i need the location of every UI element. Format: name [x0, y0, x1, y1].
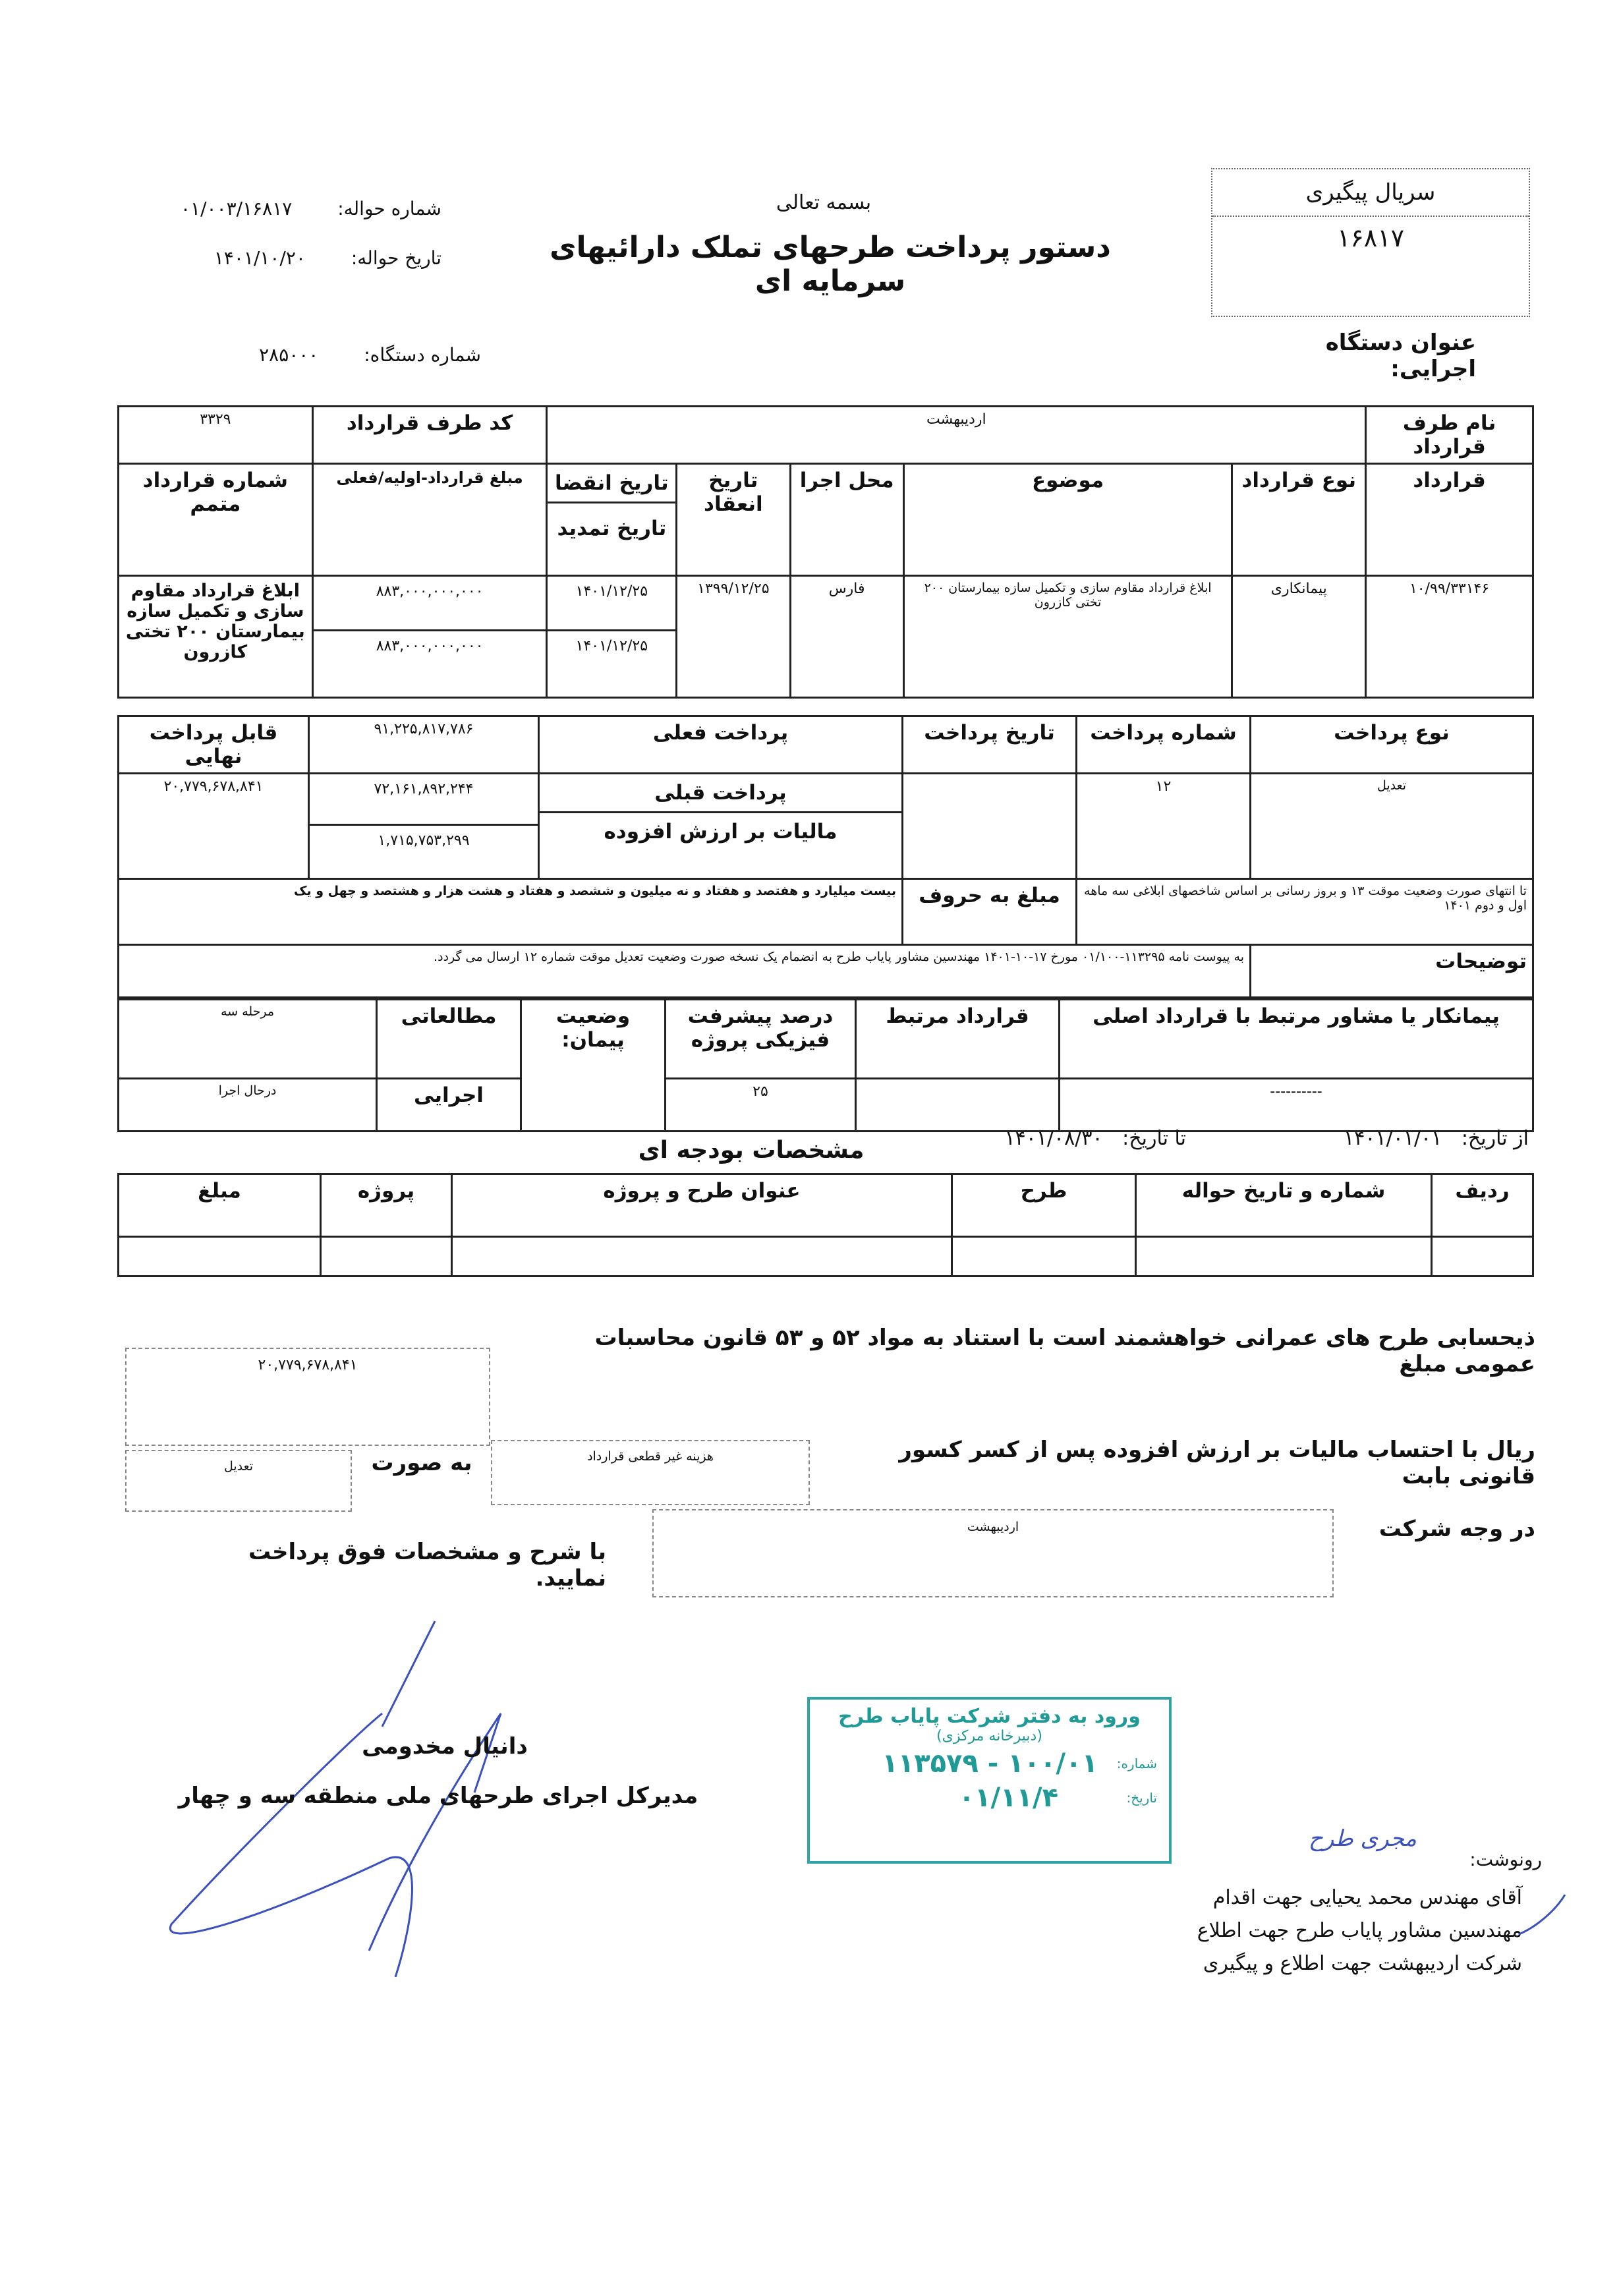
contract-location: فارس — [790, 576, 903, 698]
stamp-date-label: تاریخ: — [1098, 1790, 1157, 1806]
havaleh-date-row: تاریخ حواله: ۱۴۰۱/۱۰/۲۰ — [158, 247, 441, 269]
cc-list: آقای مهندس محمد یحیایی جهت اقدام مهندسین… — [1166, 1881, 1522, 1980]
budget-col-plan: طرح — [952, 1174, 1136, 1237]
contract-subject: ابلاغ قرارداد مقاوم سازی و تکمیل سازه بی… — [903, 576, 1232, 698]
final-payable-label: قابل پرداخت نهایی — [119, 716, 309, 774]
contract-table: نام طرف قرارداد اردیبهشت کد طرف قرارداد … — [117, 405, 1534, 699]
as-label: به صورت — [369, 1450, 474, 1476]
payment-date-value — [903, 774, 1077, 879]
study-value: مرحله سه — [119, 1000, 377, 1079]
to-date-value: ۱۴۰۱/۰۸/۳۰ — [1005, 1127, 1103, 1150]
previous-payment-value: ۷۲,۱۶۱,۸۹۲,۲۴۴ — [310, 774, 538, 826]
amount-current: ۸۸۳,۰۰۰,۰۰۰,۰۰۰ — [314, 631, 546, 661]
col-expiry-date: تاریخ انقضا — [548, 465, 675, 503]
tracking-serial-box: سریال پیگیری ۱۶۸۱۷ — [1211, 168, 1530, 317]
payment-number-label: شماره پرداخت — [1077, 716, 1251, 774]
as-box-value: تعدیل — [127, 1451, 351, 1474]
tracking-serial-value: ۱۶۸۱۷ — [1212, 217, 1529, 252]
signer-name: دانیال مخدومی — [297, 1733, 593, 1760]
budget-col-project: پروژه — [321, 1174, 452, 1237]
notes-label: توضیحات — [1251, 945, 1533, 998]
havaleh-number-value: ۰۱/۰۰۳/۱۶۸۱۷ — [181, 198, 292, 219]
related-contract-value — [856, 1079, 1060, 1132]
signer-title: مدیرکل اجرای طرحهای ملی منطقه سه و چهار — [158, 1783, 718, 1809]
extension-date: ۱۴۰۱/۱۲/۲۵ — [548, 631, 675, 661]
col-location: محل اجرا — [790, 464, 903, 576]
budget-table: ردیف شماره و تاریخ حواله طرح عنوان طرح و… — [117, 1173, 1534, 1277]
related-contractor-label: پیمانکار یا مشاور مرتبط با قرارداد اصلی — [1060, 1000, 1533, 1079]
page-title: دستور پرداخت طرحهای تملک دارائیهای سرمای… — [514, 231, 1147, 298]
period-note: تا انتهای صورت وضعیت موقت ۱۳ و بروز رسان… — [1077, 879, 1533, 945]
budget-row — [119, 1237, 1533, 1277]
instruction-line1: ذیحسابی طرح های عمرانی خواهشمند است با ا… — [527, 1325, 1535, 1377]
havaleh-number-row: شماره حواله: ۰۱/۰۰۳/۱۶۸۱۷ — [158, 198, 441, 219]
progress-label: درصد پیشرفت فیزیکی پروژه — [666, 1000, 856, 1079]
device-number-value: ۲۸۵۰۰۰ — [259, 344, 318, 366]
party-code-value: ۳۳۲۹ — [119, 407, 313, 464]
to-date-label: تا تاریخ: — [1122, 1127, 1186, 1150]
budget-title: مشخصات بودجه ای — [619, 1137, 883, 1164]
dates-cell: ۱۴۰۱/۱۲/۲۵ ۱۴۰۱/۱۲/۲۵ — [547, 576, 677, 698]
study-label: مطالعاتی — [377, 1000, 521, 1079]
receipt-stamp: ورود به دفتر شرکت پایاب طرح (دبیرخانه مر… — [807, 1697, 1172, 1864]
cc-item: آقای مهندس محمد یحیایی جهت اقدام — [1166, 1881, 1522, 1914]
col-supplement: شماره قرارداد متمم — [119, 464, 313, 576]
cc-label: رونوشت: — [1423, 1849, 1542, 1870]
supplement-value: ابلاغ قرارداد مقاوم سازی و تکمیل سازه بی… — [119, 576, 313, 698]
progress-value: ۲۵ — [666, 1079, 856, 1132]
stamp-line1: ورود به دفتر شرکت پایاب طرح — [810, 1705, 1169, 1728]
expiry-date: ۱۴۰۱/۱۲/۲۵ — [548, 577, 675, 631]
executive-title-label: عنوان دستگاه اجرایی: — [1239, 330, 1476, 382]
col-subject: موضوع — [903, 464, 1232, 576]
reason-box: هزینه غیر قطعی قرارداد — [491, 1440, 810, 1505]
instruction-line2: ریال با احتساب مالیات بر ارزش افزوده پس … — [837, 1437, 1535, 1489]
exec-label: اجرایی — [377, 1079, 521, 1132]
payment-type-label: نوع پرداخت — [1251, 716, 1533, 774]
payment-table: نوع پرداخت شماره پرداخت تاریخ پرداخت پرد… — [117, 715, 1534, 998]
col-dates: تاریخ انقضا تاریخ تمدید — [547, 464, 677, 576]
cc-item: شرکت اردیبهشت جهت اطلاع و پیگیری — [1166, 1947, 1522, 1980]
amount-box-value: ۲۰,۷۷۹,۶۷۸,۸۴۱ — [127, 1349, 489, 1373]
payment-type-value: تعدیل — [1251, 774, 1533, 879]
stamp-number-value: ۱۰۰/۰۱ - ۱۱۳۵۷۹ — [882, 1748, 1098, 1779]
previous-vat-labels: پرداخت قبلی مالیات بر ارزش افزوده — [539, 774, 903, 879]
amount-box: ۲۰,۷۷۹,۶۷۸,۸۴۱ — [125, 1348, 490, 1446]
related-contractor-value: ---------- — [1060, 1079, 1533, 1132]
budget-col-title: عنوان طرح و پروژه — [452, 1174, 952, 1237]
stamp-line2: (دبیرخانه مرکزی) — [810, 1728, 1169, 1744]
havaleh-number-label: شماره حواله: — [337, 198, 441, 219]
from-date-label: از تاریخ: — [1462, 1127, 1529, 1150]
cc-handwritten-note: مجری طرح — [1285, 1825, 1417, 1852]
cc-arrow-stroke-icon — [1516, 1891, 1568, 1944]
amount-initial: ۸۸۳,۰۰۰,۰۰۰,۰۰۰ — [314, 577, 546, 631]
col-contract-type: نوع قرارداد — [1232, 464, 1366, 576]
as-box: تعدیل — [125, 1450, 352, 1512]
reason-box-value: هزینه غیر قطعی قرارداد — [492, 1441, 809, 1464]
payment-date-label: تاریخ پرداخت — [903, 716, 1077, 774]
besmeh: بسمه تعالی — [659, 191, 988, 214]
stamp-number-label: شماره: — [1098, 1756, 1157, 1771]
related-table: پیمانکار یا مشاور مرتبط با قرارداد اصلی … — [117, 998, 1534, 1132]
final-payable-value: ۲۰,۷۷۹,۶۷۸,۸۴۱ — [119, 774, 309, 879]
amount-words-value: بیست میلیارد و هفتصد و هفتاد و نه میلیون… — [119, 879, 903, 945]
notes-value: به پیوست نامه ۱۱۳۲۹۵-۰۱/۱۰۰ مورخ ۱۷-۱۰-۱… — [119, 945, 1251, 998]
budget-col-havaleh: شماره و تاریخ حواله — [1136, 1174, 1432, 1237]
previous-vat-values: ۷۲,۱۶۱,۸۹۲,۲۴۴ ۱,۷۱۵,۷۵۳,۲۹۹ — [309, 774, 539, 879]
related-contract-label: قرارداد مرتبط — [856, 1000, 1060, 1079]
tracking-serial-label: سریال پیگیری — [1212, 169, 1529, 217]
budget-col-amount: مبلغ — [119, 1174, 321, 1237]
stamp-number-row: شماره: ۱۰۰/۰۱ - ۱۱۳۵۷۹ — [810, 1744, 1169, 1783]
contract-status-label: وضعیت پیمان: — [521, 1000, 666, 1132]
stamp-date-value: ۰۱/۱۱/۴ — [959, 1783, 1058, 1813]
col-extension-date: تاریخ تمدید — [548, 503, 675, 554]
party-code-label: کد طرف قرارداد — [312, 407, 547, 464]
current-payment-label: پرداخت فعلی — [539, 716, 903, 774]
col-amount: مبلغ قرارداد-اولیه/فعلی — [312, 464, 547, 576]
current-payment-value: ۹۱,۲۲۵,۸۱۷,۷۸۶ — [309, 716, 539, 774]
to-date-row: تا تاریخ: ۱۴۰۱/۰۸/۳۰ — [870, 1127, 1186, 1150]
company-box: اردیبهشت — [652, 1509, 1334, 1597]
exec-value: درحال اجرا — [119, 1079, 377, 1132]
havaleh-date-label: تاریخ حواله: — [351, 247, 441, 269]
contract-type: پیمانکاری — [1232, 576, 1366, 698]
from-date-row: از تاریخ: ۱۴۰۱/۰۱/۰۱ — [1199, 1127, 1529, 1150]
payment-number-value: ۱۲ — [1077, 774, 1251, 879]
amount-words-label: مبلغ به حروف — [903, 879, 1077, 945]
device-number-row: شماره دستگاه: ۲۸۵۰۰۰ — [198, 344, 481, 366]
device-number-label: شماره دستگاه: — [364, 344, 481, 366]
vat-label: مالیات بر ارزش افزوده — [540, 813, 901, 850]
havaleh-date-value: ۱۴۰۱/۱۰/۲۰ — [214, 247, 306, 269]
conclusion-date: ۱۳۹۹/۱۲/۲۵ — [677, 576, 790, 698]
from-date-value: ۱۴۰۱/۰۱/۰۱ — [1344, 1127, 1442, 1150]
instruction-line4: با شرح و مشخصات فوق پرداخت نمایید. — [171, 1539, 606, 1592]
cc-item: مهندسین مشاور پایاب طرح جهت اطلاع — [1166, 1914, 1522, 1947]
stamp-date-row: تاریخ: ۰۱/۱۱/۴ — [810, 1783, 1169, 1813]
budget-col-row: ردیف — [1432, 1174, 1533, 1237]
vat-value: ۱,۷۱۵,۷۵۳,۲۹۹ — [310, 826, 538, 855]
party-name-label: نام طرف قرارداد — [1366, 407, 1533, 464]
party-name-value: اردیبهشت — [547, 407, 1366, 464]
instruction-line3: در وجه شرکت — [1344, 1516, 1535, 1542]
previous-payment-label: پرداخت قبلی — [540, 774, 901, 813]
company-box-value: اردیبهشت — [654, 1510, 1332, 1534]
amounts-cell: ۸۸۳,۰۰۰,۰۰۰,۰۰۰ ۸۸۳,۰۰۰,۰۰۰,۰۰۰ — [312, 576, 547, 698]
col-contract: قرارداد — [1366, 464, 1533, 576]
col-conclusion-date: تاریخ انعقاد — [677, 464, 790, 576]
contract-number: ۱۰/۹۹/۳۳۱۴۶ — [1366, 576, 1533, 698]
